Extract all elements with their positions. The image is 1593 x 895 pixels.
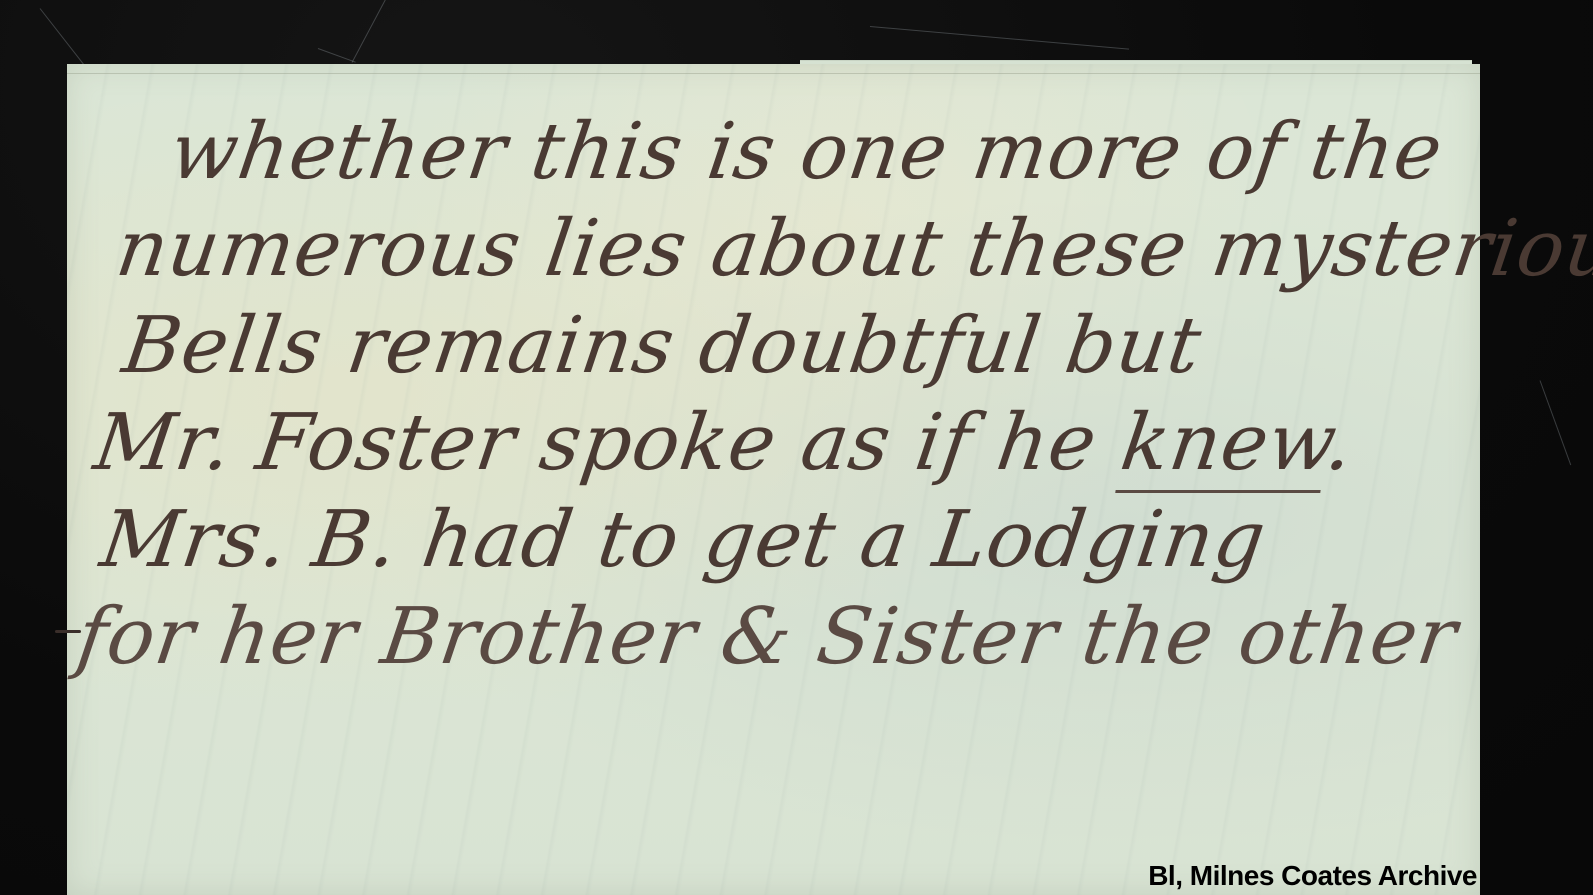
handwriting-line-1: whether this is one more of the — [124, 104, 1518, 201]
background-scratch — [352, 0, 390, 63]
underlined-word: knew — [1115, 398, 1334, 493]
line-4-text: Mr. Foster spoke as if he — [89, 398, 1129, 488]
paper-fold-line — [67, 73, 1480, 74]
background-scratch — [40, 8, 90, 72]
background-scratch — [1540, 380, 1572, 465]
scan-viewport: whether this is one more of the numerous… — [0, 0, 1593, 895]
handwriting-line-5: Mrs. B. had to get a Lodging — [70, 492, 1464, 589]
handwriting-line-2: numerous lies about these mysterious — [111, 201, 1505, 298]
manuscript-page: whether this is one more of the numerous… — [67, 64, 1480, 895]
background-scratch — [318, 48, 356, 63]
handwriting-line-3: Bells remains doubtful but — [97, 298, 1491, 395]
handwriting-line-4: Mr. Foster spoke as if he knew. — [83, 395, 1477, 492]
handwritten-text: whether this is one more of the numerous… — [56, 104, 1518, 686]
background-scratch — [870, 26, 1129, 50]
handwriting-line-6: for her Brother & Sister the other — [56, 589, 1450, 686]
archive-watermark: Bl, Milnes Coates Archive — [1148, 859, 1477, 893]
